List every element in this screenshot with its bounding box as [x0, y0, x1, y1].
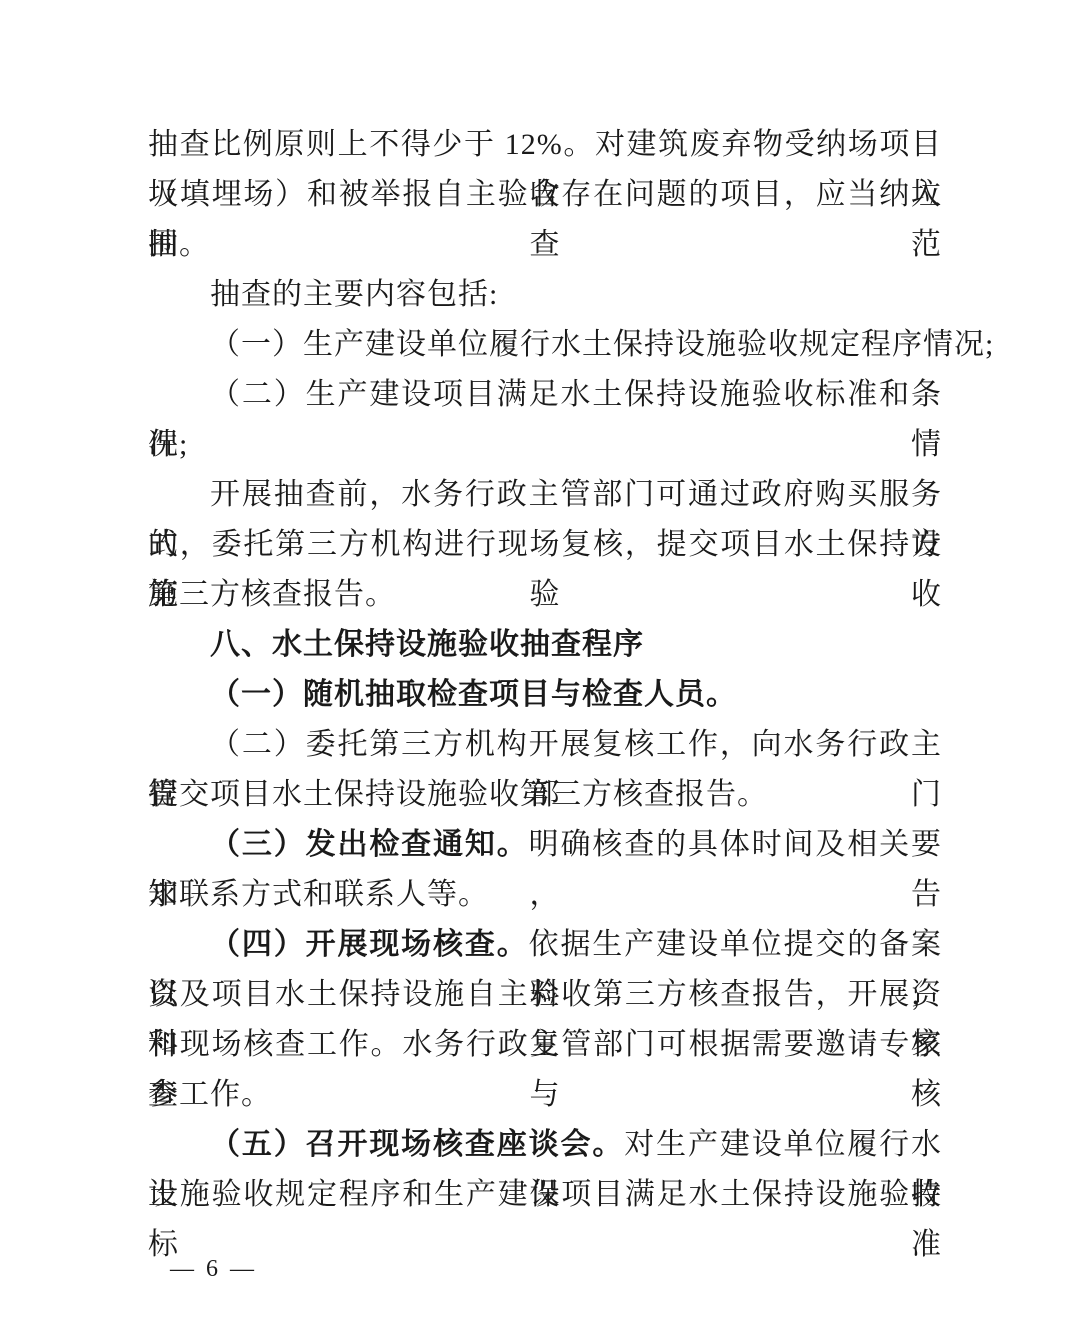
text-segment: 第三方核查报告。	[148, 578, 396, 611]
text-segment: 知联系方式和联系人等。	[148, 878, 489, 911]
text-line: 抽查的主要内容包括:	[148, 270, 942, 320]
text-line: （一）随机抽取检查项目与检查人员。	[148, 670, 942, 720]
text-line: 抽查比例原则上不得少于 12%。对建筑废弃物受纳场项目（含垃	[148, 120, 942, 170]
bold-text-segment: 八、水土保持设施验收抽查程序	[210, 627, 644, 662]
text-segment: 查工作。	[148, 1078, 272, 1111]
bold-text-segment: （一）随机抽取检查项目与检查人员。	[210, 677, 737, 712]
text-line: （五）召开现场核查座谈会。对生产建设单位履行水土保持	[148, 1120, 942, 1170]
text-segment: 提交项目水土保持设施验收第三方核查报告。	[148, 778, 768, 811]
document-body: 抽查比例原则上不得少于 12%。对建筑废弃物受纳场项目（含垃圾填埋场）和被举报自…	[148, 120, 942, 1220]
text-line: 开展抽查前，水务行政主管部门可通过政府购买服务的方	[148, 470, 942, 520]
text-line: 设施验收规定程序和生产建设项目满足水土保持设施验收标准	[148, 1170, 942, 1220]
page-number: — 6 —	[170, 1254, 257, 1284]
bold-text-segment: （四）开展现场核查。	[210, 927, 529, 962]
text-segment: 况;	[148, 428, 188, 461]
text-line: （四）开展现场核查。依据生产建设单位提交的备案资料，	[148, 920, 942, 970]
text-line: 和现场核查工作。水务行政主管部门可根据需要邀请专家参与核	[148, 1020, 942, 1070]
text-line: 八、水土保持设施验收抽查程序	[148, 620, 942, 670]
text-line: （一）生产建设单位履行水土保持设施验收规定程序情况;	[148, 320, 942, 370]
text-line: （三）发出检查通知。明确核查的具体时间及相关要求，告	[148, 820, 942, 870]
bold-text-segment: （五）召开现场核查座谈会。	[210, 1127, 624, 1162]
document-page: 抽查比例原则上不得少于 12%。对建筑废弃物受纳场项目（含垃圾填埋场）和被举报自…	[0, 0, 1080, 1336]
bold-text-segment: （三）发出检查通知。	[210, 827, 529, 862]
text-line: （二）委托第三方机构开展复核工作，向水务行政主管部门	[148, 720, 942, 770]
text-segment: 围。	[148, 228, 210, 261]
text-segment: （二）生产建设项目满足水土保持设施验收标准和条件情	[148, 378, 942, 461]
text-line: （二）生产建设项目满足水土保持设施验收标准和条件情	[148, 370, 942, 420]
text-segment: 抽查的主要内容包括:	[210, 278, 498, 311]
text-segment: 设施验收规定程序和生产建设项目满足水土保持设施验收标准	[148, 1178, 942, 1261]
text-line: 以及项目水土保持设施自主验收第三方核查报告，开展资料复核	[148, 970, 942, 1020]
text-segment: 圾填埋场）和被举报自主验收存在问题的项目，应当纳入抽查范	[148, 178, 942, 261]
text-segment: （一）生产建设单位履行水土保持设施验收规定程序情况;	[210, 328, 994, 361]
text-line: 圾填埋场）和被举报自主验收存在问题的项目，应当纳入抽查范	[148, 170, 942, 220]
text-line: 式，委托第三方机构进行现场复核，提交项目水土保持设施验收	[148, 520, 942, 570]
